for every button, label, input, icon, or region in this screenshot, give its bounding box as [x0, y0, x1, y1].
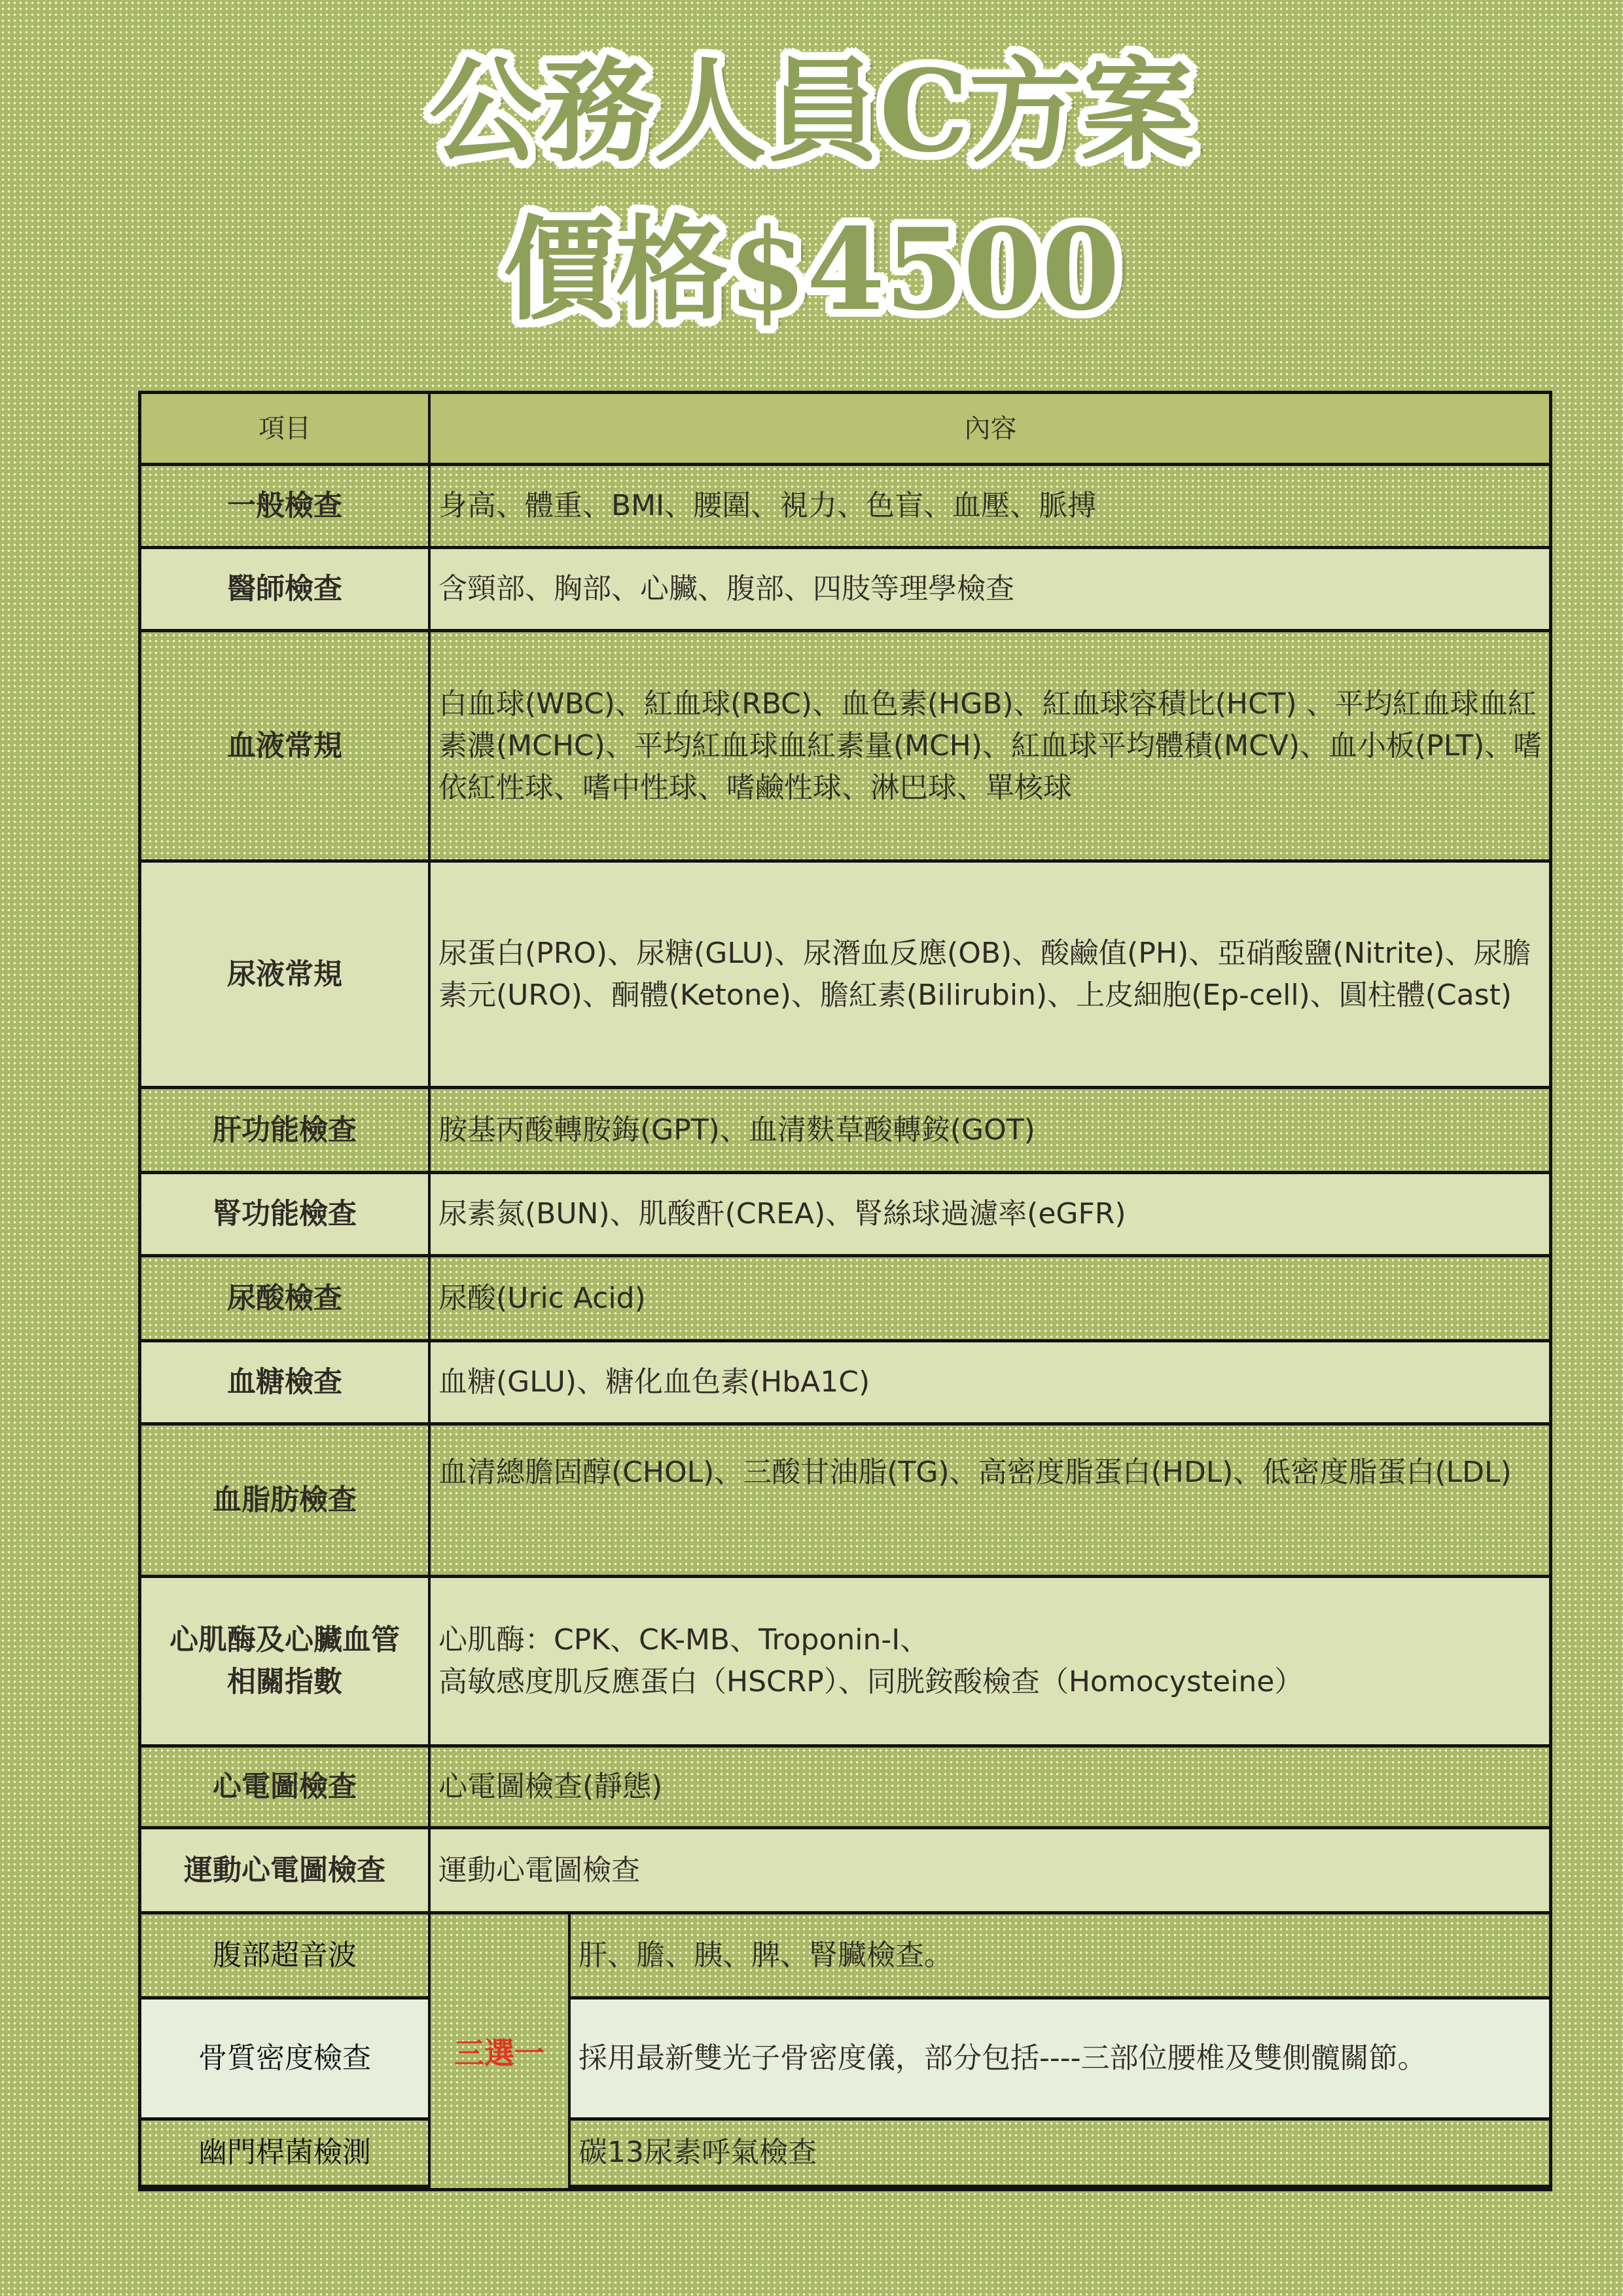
row-content: 碳13尿素呼氣檢查: [571, 2121, 1549, 2185]
row-content: 尿素氮(BUN)、肌酸酐(CREA)、腎絲球過濾率(eGFR): [431, 1174, 1549, 1254]
row-label: 尿酸檢查: [141, 1257, 431, 1339]
table-row: 運動心電圖檢查 運動心電圖檢查: [141, 1829, 1549, 1914]
row-label: 肝功能檢查: [141, 1089, 431, 1171]
row-label: 腹部超音波: [141, 1914, 431, 1996]
column-header-item: 項目: [141, 394, 431, 463]
plan-price: 價格$4500: [0, 204, 1623, 335]
table-row: 一般檢查 身高、體重、BMI、腰圍、視力、色盲、血壓、脈搏: [141, 466, 1549, 549]
row-content: 尿蛋白(PRO)、尿糖(GLU)、尿潛血反應(OB)、酸鹼值(PH)、亞硝酸鹽(…: [431, 863, 1549, 1086]
row-label: 運動心電圖檢查: [141, 1829, 431, 1911]
row-content-line: 高敏感度肌反應蛋白（HSCRP）、同胱銨酸檢查（Homocysteine）: [438, 1661, 1303, 1703]
row-label: 幽門桿菌檢測: [141, 2121, 431, 2185]
table-row: 血脂肪檢查 血清總膽固醇(CHOL)、三酸甘油脂(TG)、高密度脂蛋白(HDL)…: [141, 1426, 1549, 1578]
row-content: 採用最新雙光子骨密度儀，部分包括----三部位腰椎及雙側髖關節。: [571, 2000, 1549, 2117]
column-header-content: 內容: [431, 394, 1549, 463]
row-label: 心肌酶及心臟血管相關指數: [141, 1578, 431, 1744]
row-content: 胺基丙酸轉胺鋂(GPT)、血清麩草酸轉銨(GOT): [431, 1089, 1549, 1171]
table-row: 尿酸檢查 尿酸(Uric Acid): [141, 1257, 1549, 1342]
row-label: 腎功能檢查: [141, 1174, 431, 1254]
table-row-choice: 幽門桿菌檢測 碳13尿素呼氣檢查: [141, 2121, 1549, 2188]
row-content: 心肌酶：CPK、CK-MB、Troponin-I、 高敏感度肌反應蛋白（HSCR…: [431, 1578, 1549, 1744]
row-content-line: 心肌酶：CPK、CK-MB、Troponin-I、: [438, 1619, 929, 1661]
row-content: 血糖(GLU)、糖化血色素(HbA1C): [431, 1342, 1549, 1422]
table-row: 尿液常規 尿蛋白(PRO)、尿糖(GLU)、尿潛血反應(OB)、酸鹼值(PH)、…: [141, 863, 1549, 1089]
row-content: 肝、膽、胰、脾、腎臟檢查。: [571, 1914, 1549, 1996]
table-row: 心肌酶及心臟血管相關指數 心肌酶：CPK、CK-MB、Troponin-I、 高…: [141, 1578, 1549, 1748]
table-row: 肝功能檢查 胺基丙酸轉胺鋂(GPT)、血清麩草酸轉銨(GOT): [141, 1089, 1549, 1174]
row-content: 身高、體重、BMI、腰圍、視力、色盲、血壓、脈搏: [431, 466, 1549, 546]
row-label: 尿液常規: [141, 863, 431, 1086]
row-label: 心電圖檢查: [141, 1748, 431, 1826]
table-header-row: 項目 內容: [141, 394, 1549, 466]
row-label: 血糖檢查: [141, 1342, 431, 1422]
choose-one-label: 三選一: [431, 1914, 571, 2188]
row-label: 血液常規: [141, 632, 431, 859]
row-content: 心電圖檢查(靜態): [431, 1748, 1549, 1826]
table-row: 血糖檢查 血糖(GLU)、糖化血色素(HbA1C): [141, 1342, 1549, 1426]
row-label: 醫師檢查: [141, 549, 431, 629]
row-content: 白血球(WBC)、紅血球(RBC)、血色素(HGB)、紅血球容積比(HCT) 、…: [431, 632, 1549, 859]
table-row: 腎功能檢查 尿素氮(BUN)、肌酸酐(CREA)、腎絲球過濾率(eGFR): [141, 1174, 1549, 1257]
plan-title: 公務人員C方案: [0, 46, 1623, 177]
row-label: 血脂肪檢查: [141, 1426, 431, 1575]
table-row-choice: 腹部超音波 肝、膽、胰、脾、腎臟檢查。: [141, 1914, 1549, 2000]
table-row: 心電圖檢查 心電圖檢查(靜態): [141, 1748, 1549, 1829]
table-row: 醫師檢查 含頸部、胸部、心臟、腹部、四肢等理學檢查: [141, 549, 1549, 632]
row-content: 尿酸(Uric Acid): [431, 1257, 1549, 1339]
table-row-choice: 骨質密度檢查 採用最新雙光子骨密度儀，部分包括----三部位腰椎及雙側髖關節。: [141, 2000, 1549, 2121]
table-row: 血液常規 白血球(WBC)、紅血球(RBC)、血色素(HGB)、紅血球容積比(H…: [141, 632, 1549, 863]
row-content: 運動心電圖檢查: [431, 1829, 1549, 1911]
row-label: 骨質密度檢查: [141, 2000, 431, 2117]
row-content: 含頸部、胸部、心臟、腹部、四肢等理學檢查: [431, 549, 1549, 629]
exam-items-table: 項目 內容 一般檢查 身高、體重、BMI、腰圍、視力、色盲、血壓、脈搏 醫師檢查…: [138, 391, 1552, 2191]
row-content: 血清總膽固醇(CHOL)、三酸甘油脂(TG)、高密度脂蛋白(HDL)、低密度脂蛋…: [431, 1426, 1549, 1575]
row-label: 一般檢查: [141, 466, 431, 546]
